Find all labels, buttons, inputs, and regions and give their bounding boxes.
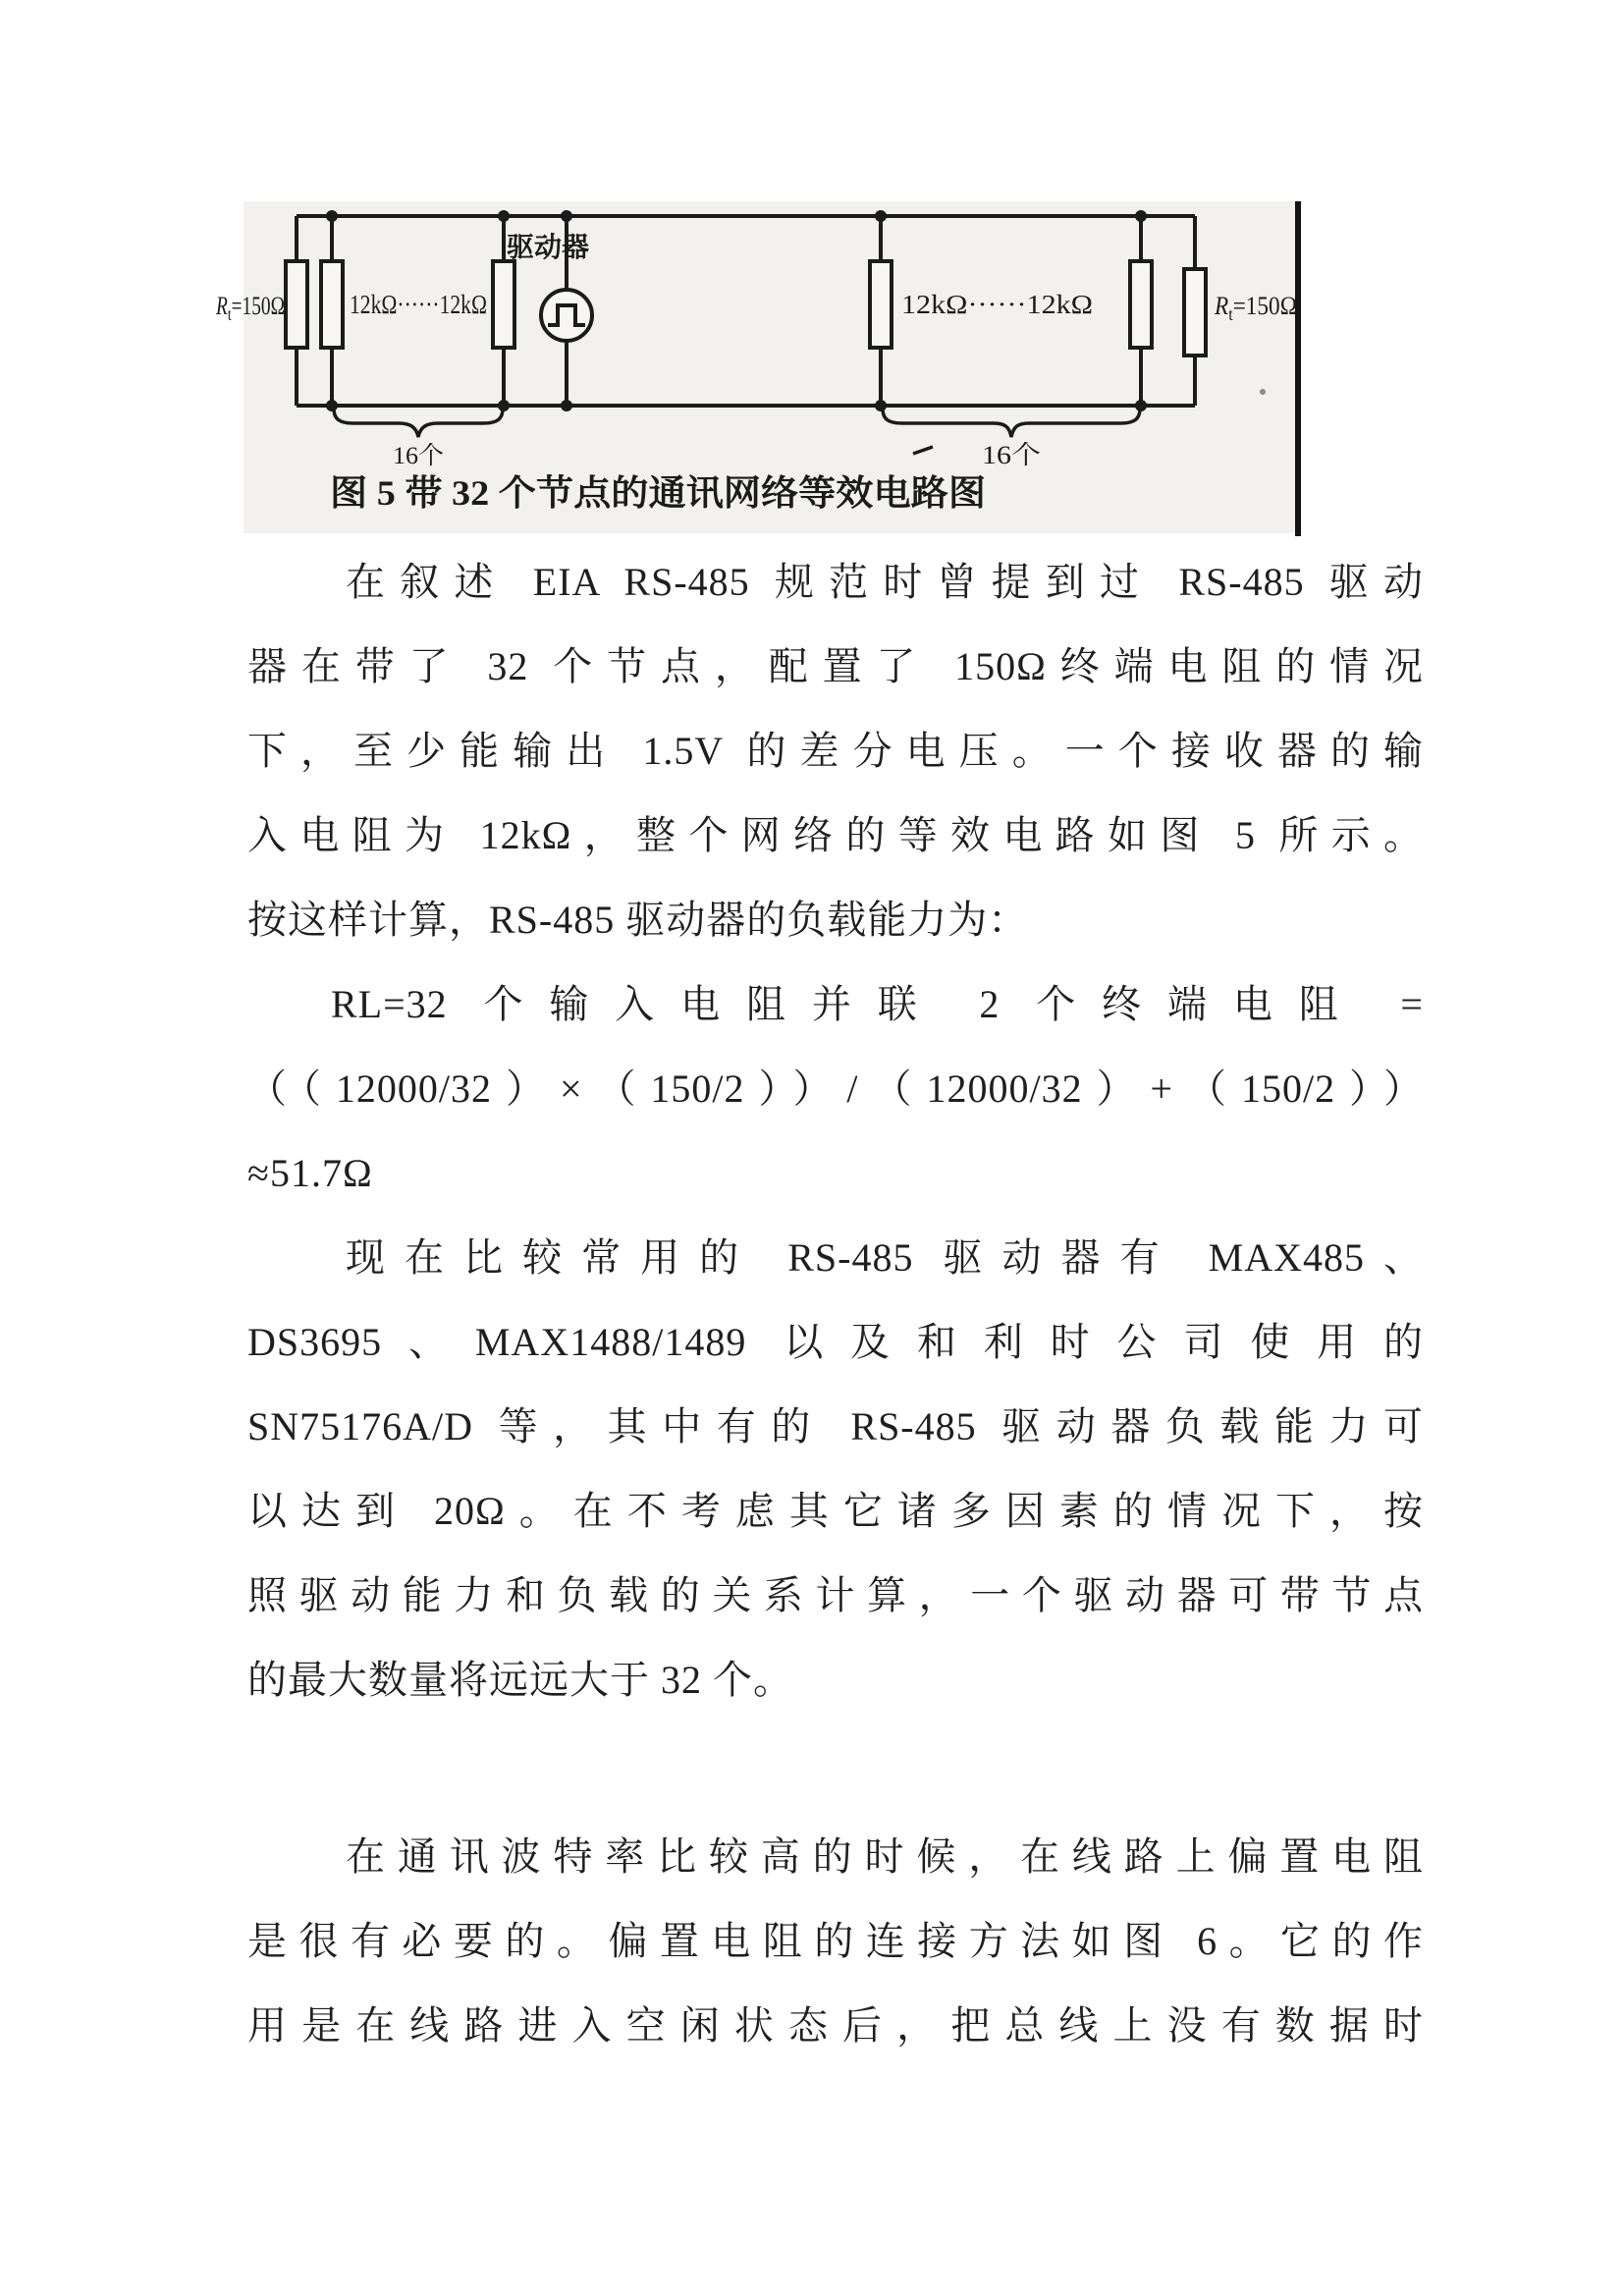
- figure-5-circuit-diagram: Rt=150Ω 12kΩ······12kΩ 驱动器 12kΩ······12k…: [0, 0, 1623, 550]
- body-line: （（12000/32）×（150/2））/（12000/32）+（150/2））: [247, 1047, 1424, 1131]
- driver-label: 驱动器: [507, 232, 589, 263]
- right-group-resistors-label: 12kΩ······12kΩ: [901, 290, 1093, 319]
- right-group-count-label: 16个: [982, 441, 1041, 469]
- body-line: SN75176A/D 等，其中有的 RS-485 驱动器负载能力可: [247, 1385, 1424, 1469]
- body-line: 的最大数量将远远大于 32 个。: [247, 1638, 1424, 1722]
- left-group-last-resistor: [493, 261, 514, 348]
- body-line: 现在比较常用的 RS-485 驱动器有 MAX485、: [247, 1216, 1424, 1300]
- body-line: DS3695、MAX1488/1489 以及和利时公司使用的: [247, 1300, 1424, 1385]
- right-terminator-label: Rt=150Ω: [1214, 292, 1297, 324]
- body-line: 在叙述 EIA RS-485 规范时曾提到过 RS-485 驱动: [247, 540, 1424, 625]
- left-terminator-resistor: [286, 261, 307, 348]
- body-line: ≈51.7Ω: [247, 1131, 1424, 1216]
- right-terminator-resistor: [1184, 269, 1206, 355]
- driver-circle: [541, 290, 592, 341]
- body-line: 器在带了 32 个节点，配置了 150Ω终端电阻的情况: [247, 625, 1424, 709]
- right-group-first-resistor: [870, 261, 892, 348]
- body-line: 以达到 20Ω。在不考虑其它诸多因素的情况下，按: [247, 1469, 1424, 1554]
- scan-speck: [1260, 389, 1266, 395]
- figure-caption: 图 5 带 32 个节点的通讯网络等效电路图: [330, 473, 986, 513]
- figure-right-border: [1295, 201, 1301, 536]
- body-line: 照驱动能力和负载的关系计算，一个驱动器可带节点: [247, 1554, 1424, 1638]
- right-group-last-resistor: [1130, 261, 1152, 348]
- body-line: 是很有必要的。偏置电阻的连接方法如图 6。它的作: [247, 1899, 1424, 1984]
- left-terminator-label: Rt=150Ω: [215, 292, 285, 324]
- left-group-count-label: 16个: [393, 442, 444, 469]
- body-line: 在通讯波特率比较高的时候，在线路上偏置电阻: [247, 1815, 1424, 1899]
- body-line: 下，至少能输出 1.5V 的差分电压。一个接收器的输: [247, 709, 1424, 793]
- left-group-resistors-label: 12kΩ······12kΩ: [350, 290, 487, 319]
- body-text: 在叙述 EIA RS-485 规范时曾提到过 RS-485 驱动器在带了 32 …: [247, 540, 1424, 2068]
- body-line: 用是在线路进入空闲状态后，把总线上没有数据时: [247, 1984, 1424, 2068]
- document-page: Rt=150Ω 12kΩ······12kΩ 驱动器 12kΩ······12k…: [0, 0, 1623, 2296]
- left-group-first-resistor: [321, 261, 343, 348]
- body-line: 入电阻为 12kΩ，整个网络的等效电路如图 5 所示。: [247, 793, 1424, 878]
- body-line: 按这样计算，RS-485 驱动器的负载能力为：: [247, 878, 1424, 962]
- body-line: RL=32 个输入电阻并联 2 个终端电阻 =: [247, 962, 1424, 1047]
